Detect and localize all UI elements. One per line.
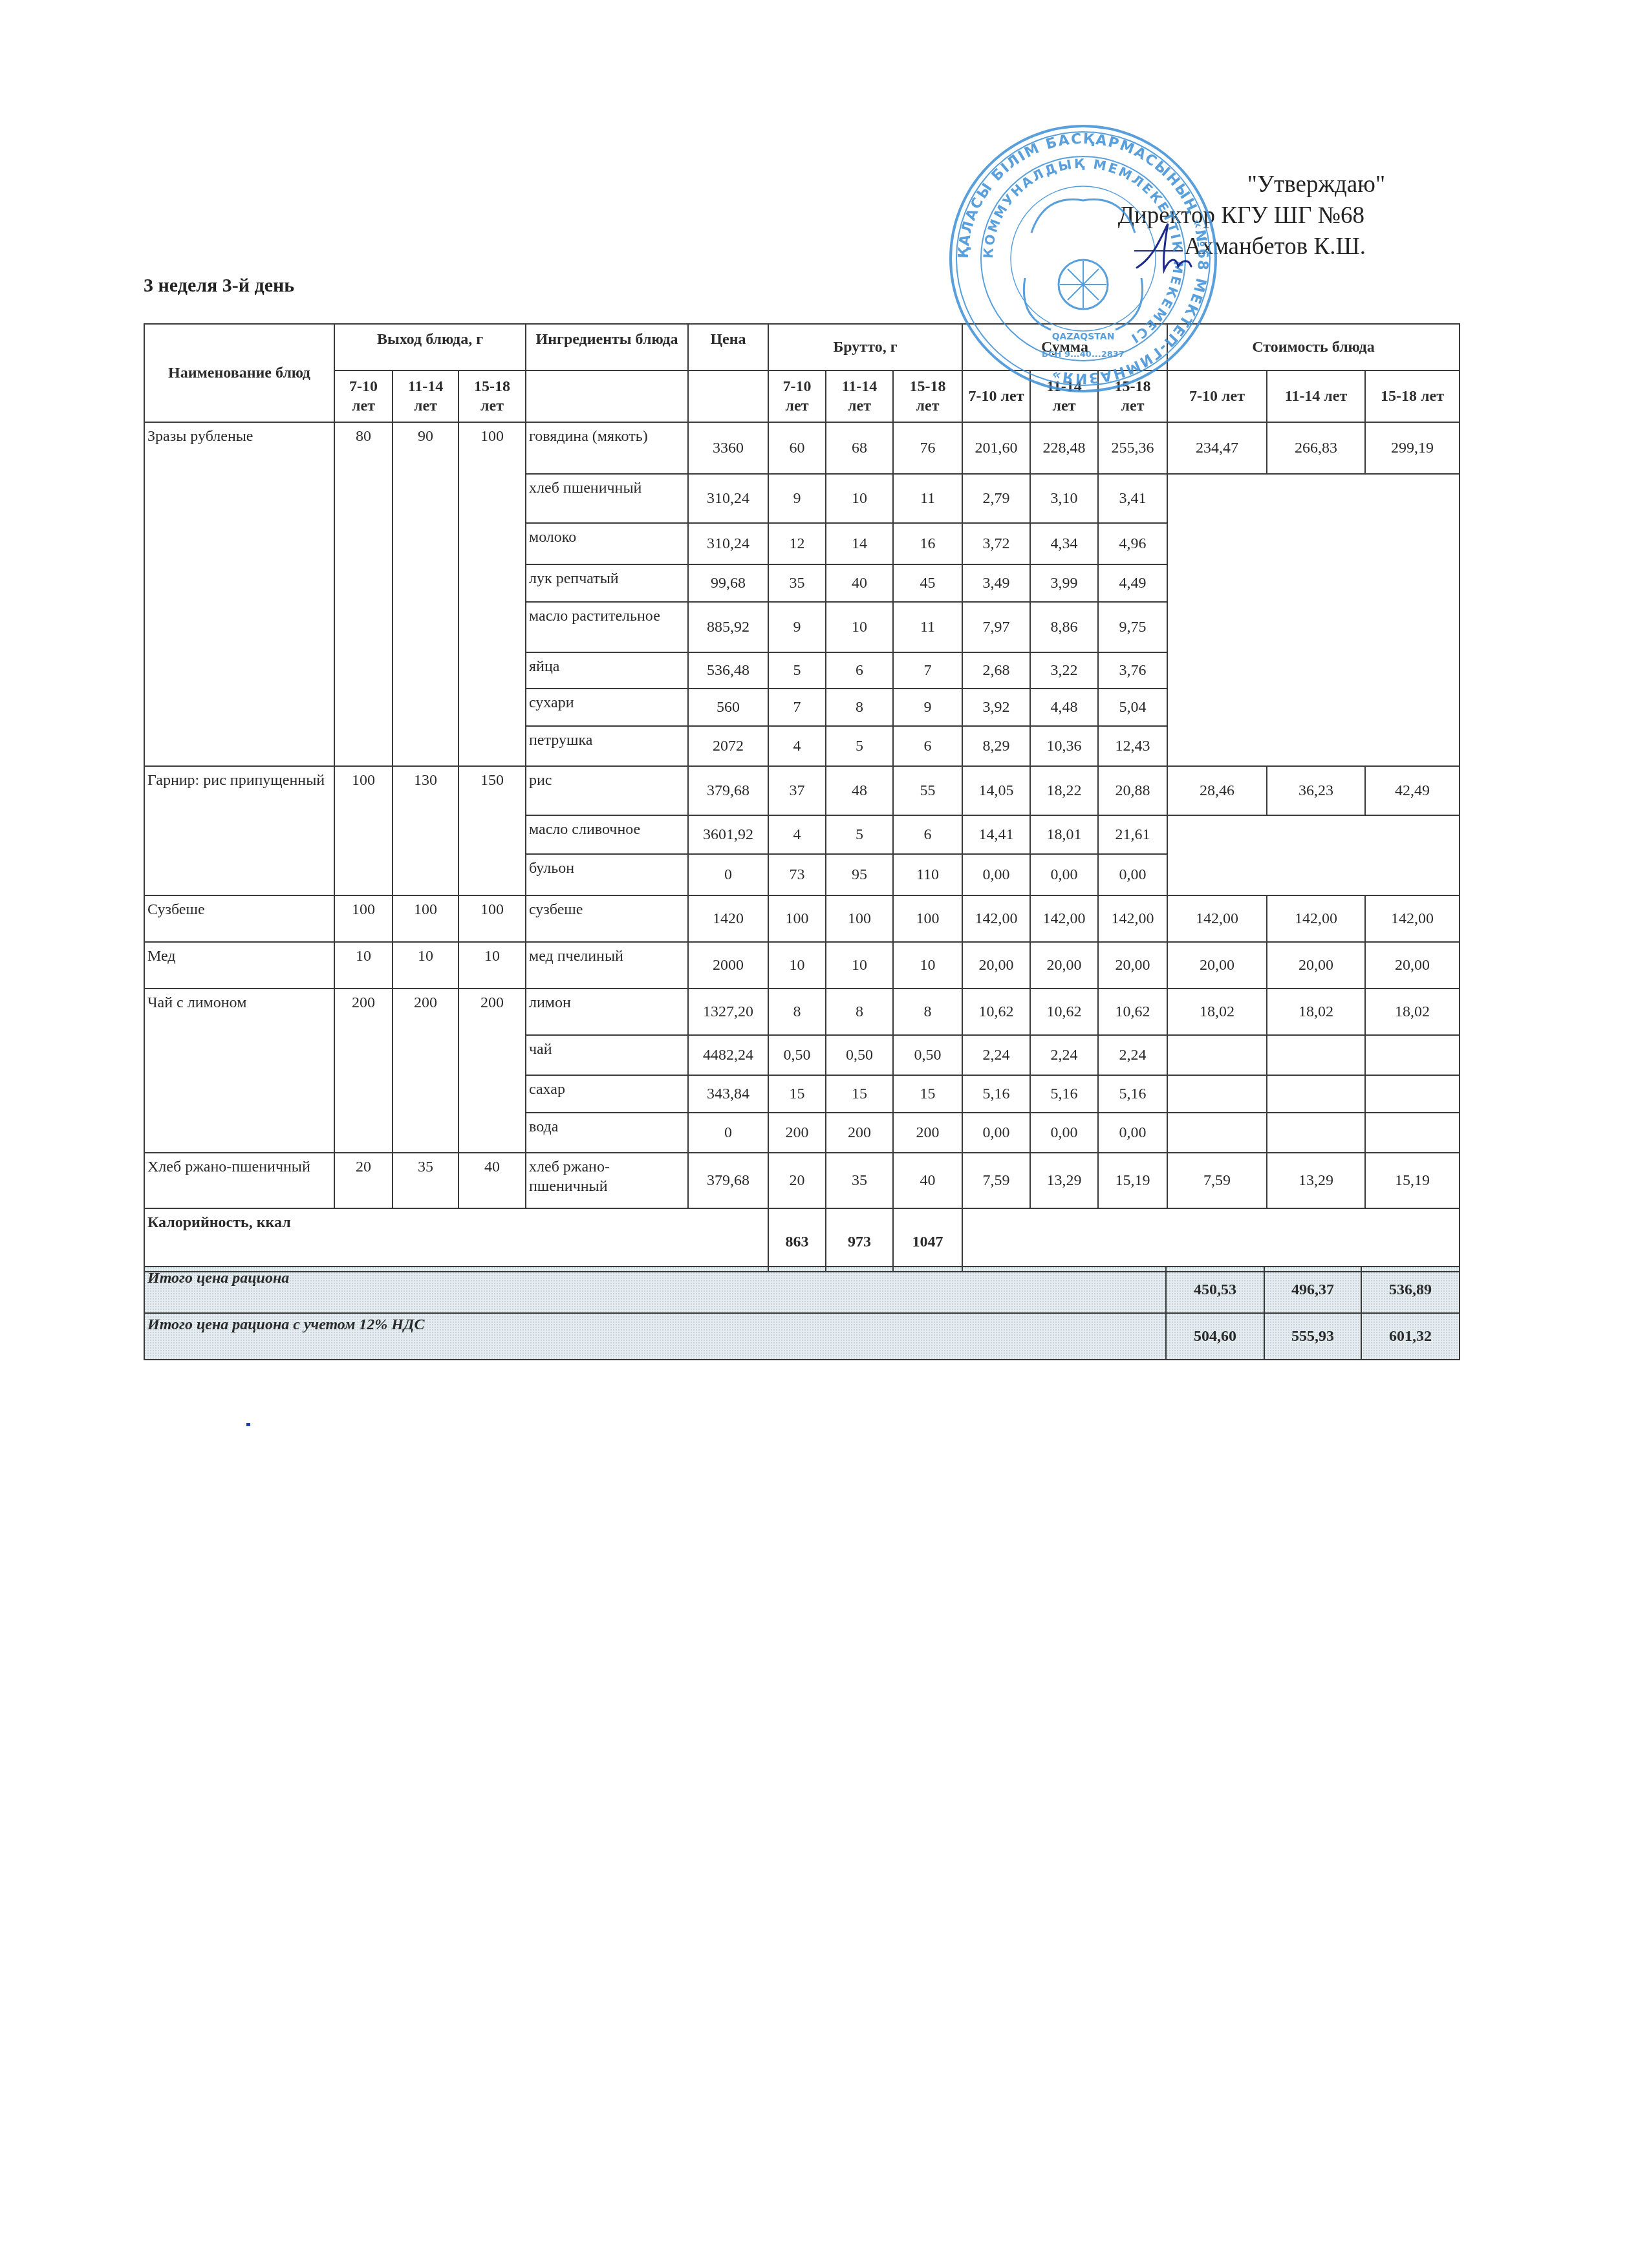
ingredient-brutto: 35 (768, 564, 826, 602)
ingredient-brutto: 16 (893, 523, 962, 564)
dish-cost: 299,19 (1365, 422, 1460, 474)
ingredient-brutto: 10 (826, 602, 893, 652)
totals-value: 601,32 (1361, 1313, 1460, 1360)
ingredient-sum: 5,16 (1098, 1075, 1167, 1113)
header-ingredients-blank (526, 370, 688, 422)
ingredient-brutto: 10 (826, 942, 893, 989)
ingredient-brutto: 8 (826, 689, 893, 726)
ingredient-brutto: 7 (893, 652, 962, 689)
dish-cost-blank (1167, 1113, 1267, 1153)
header-brutto-age: 15-18 лет (893, 370, 962, 422)
ingredient-brutto: 8 (768, 989, 826, 1035)
dish-name: Чай с лимоном (144, 989, 334, 1153)
ingredient-price: 3360 (688, 422, 768, 474)
dish-cost: 142,00 (1167, 895, 1267, 942)
dish-cost: 142,00 (1365, 895, 1460, 942)
header-price-blank (688, 370, 768, 422)
ingredient-sum: 2,79 (962, 474, 1030, 523)
ingredient-brutto: 40 (826, 564, 893, 602)
dish-cost: 20,00 (1167, 942, 1267, 989)
dish-yield: 10 (393, 942, 458, 989)
totals-row: Итого цена рациона с учетом 12% НДС504,6… (144, 1313, 1460, 1360)
dish-yield: 80 (334, 422, 393, 766)
ingredient-brutto: 15 (893, 1075, 962, 1113)
ingredient-price: 310,24 (688, 474, 768, 523)
calories-row: Калорийность, ккал8639731047 (144, 1208, 1460, 1272)
dish-yield: 200 (334, 989, 393, 1153)
header-brutto-age: 11-14 лет (826, 370, 893, 422)
ingredient-brutto: 6 (826, 652, 893, 689)
ingredient-sum: 2,68 (962, 652, 1030, 689)
ingredient-price: 3601,92 (688, 815, 768, 854)
totals-value: 536,89 (1361, 1267, 1460, 1313)
dish-yield: 100 (393, 895, 458, 942)
ingredient-price: 379,68 (688, 766, 768, 815)
ingredient-price: 885,92 (688, 602, 768, 652)
ingredient-sum: 0,00 (962, 854, 1030, 895)
dish-cost: 15,19 (1365, 1153, 1460, 1208)
ingredient-price: 310,24 (688, 523, 768, 564)
header-yield: Выход блюда, г (334, 324, 526, 370)
calories-blank (962, 1208, 1460, 1272)
ingredient-brutto: 10 (768, 942, 826, 989)
ingredient-sum: 3,49 (962, 564, 1030, 602)
header-yield-age: 11-14 лет (393, 370, 458, 422)
dish-cost-blank (1267, 1113, 1365, 1153)
header-brutto: Брутто, г (768, 324, 962, 370)
dish-cost: 18,02 (1167, 989, 1267, 1035)
header-price: Цена (688, 324, 768, 370)
ingredient-brutto: 10 (893, 942, 962, 989)
ingredient-price: 2072 (688, 726, 768, 766)
ingredient-sum: 3,72 (962, 523, 1030, 564)
ingredient-brutto: 7 (768, 689, 826, 726)
ingredient-sum: 4,48 (1030, 689, 1098, 726)
ingredient-brutto: 76 (893, 422, 962, 474)
ingredient-sum: 20,00 (962, 942, 1030, 989)
ingredient-brutto: 4 (768, 815, 826, 854)
ingredient-sum: 20,00 (1098, 942, 1167, 989)
ingredient-sum: 0,00 (1030, 1113, 1098, 1153)
dish-yield: 20 (334, 1153, 393, 1208)
ingredient-brutto: 200 (826, 1113, 893, 1153)
ingredient-name: лимон (526, 989, 688, 1035)
ingredient-name: хлеб ржано-пшеничный (526, 1153, 688, 1208)
ingredient-sum: 142,00 (1030, 895, 1098, 942)
ingredient-brutto: 11 (893, 602, 962, 652)
ingredient-sum: 0,00 (1030, 854, 1098, 895)
dish-cost-blank (1167, 1075, 1267, 1113)
ingredient-sum: 10,36 (1030, 726, 1098, 766)
dish-cost-blank (1267, 1075, 1365, 1113)
dish-yield: 200 (458, 989, 526, 1153)
header-cost-age: 7-10 лет (1167, 370, 1267, 422)
ingredient-brutto: 0,50 (768, 1035, 826, 1075)
dish-yield: 100 (334, 766, 393, 895)
ingredient-brutto: 100 (826, 895, 893, 942)
approval-signatory: Ахманбетов К.Ш. (1099, 231, 1403, 262)
ingredient-sum: 7,59 (962, 1153, 1030, 1208)
ingredient-sum: 9,75 (1098, 602, 1167, 652)
dish-yield: 200 (393, 989, 458, 1153)
ingredient-brutto: 5 (768, 652, 826, 689)
dish-yield: 100 (458, 422, 526, 766)
calories-value: 973 (826, 1208, 893, 1272)
ingredient-brutto: 4 (768, 726, 826, 766)
totals-row: Итого цена рациона450,53496,37536,89 (144, 1267, 1460, 1313)
dish-yield: 100 (334, 895, 393, 942)
ingredient-brutto: 8 (826, 989, 893, 1035)
ingredient-sum: 13,29 (1030, 1153, 1098, 1208)
ingredient-brutto: 48 (826, 766, 893, 815)
ingredient-sum: 2,24 (1030, 1035, 1098, 1075)
calories-label: Калорийность, ккал (144, 1208, 768, 1272)
ingredient-sum: 8,86 (1030, 602, 1098, 652)
dish-cost: 13,29 (1267, 1153, 1365, 1208)
dish-cost-blank (1365, 1113, 1460, 1153)
ingredient-price: 99,68 (688, 564, 768, 602)
ingredient-sum: 18,22 (1030, 766, 1098, 815)
ingredient-name: рис (526, 766, 688, 815)
ingredient-sum: 14,05 (962, 766, 1030, 815)
dish-cost: 234,47 (1167, 422, 1267, 474)
header-sum-age: 15-18 лет (1098, 370, 1167, 422)
ingredient-brutto: 6 (893, 815, 962, 854)
signatory-name: Ахманбетов К.Ш. (1184, 233, 1366, 260)
ingredient-brutto: 9 (768, 602, 826, 652)
ingredient-name: хлеб пшеничный (526, 474, 688, 523)
ingredient-sum: 10,62 (962, 989, 1030, 1035)
signature-line (1134, 250, 1183, 251)
dish-cost-blank (1267, 1035, 1365, 1075)
ingredient-sum: 5,16 (1030, 1075, 1098, 1113)
ingredient-brutto: 0,50 (893, 1035, 962, 1075)
ingredient-sum: 0,00 (962, 1113, 1030, 1153)
dish-cost: 142,00 (1267, 895, 1365, 942)
ingredient-sum: 7,97 (962, 602, 1030, 652)
ingredient-sum: 142,00 (1098, 895, 1167, 942)
ingredient-brutto: 5 (826, 726, 893, 766)
approval-heading: "Утверждаю" (1099, 169, 1403, 200)
header-dish-cost: Стоимость блюда (1167, 324, 1460, 370)
ingredient-sum: 5,04 (1098, 689, 1167, 726)
ingredient-name: говядина (мякоть) (526, 422, 688, 474)
ingredient-sum: 4,96 (1098, 523, 1167, 564)
dish-name: Сузбеше (144, 895, 334, 942)
totals-value: 504,60 (1166, 1313, 1264, 1360)
dish-yield: 90 (393, 422, 458, 766)
ink-speck (246, 1423, 250, 1426)
totals-value: 450,53 (1166, 1267, 1264, 1313)
ingredient-price: 0 (688, 854, 768, 895)
dish-yield: 40 (458, 1153, 526, 1208)
calories-value: 1047 (893, 1208, 962, 1272)
ingredient-sum: 12,43 (1098, 726, 1167, 766)
ingredient-name: молоко (526, 523, 688, 564)
dish-cost: 28,46 (1167, 766, 1267, 815)
ingredient-sum: 4,34 (1030, 523, 1098, 564)
ingredient-name: сухари (526, 689, 688, 726)
ingredient-sum: 255,36 (1098, 422, 1167, 474)
header-cost-age: 11-14 лет (1267, 370, 1365, 422)
dish-cost: 20,00 (1365, 942, 1460, 989)
header-brutto-age: 7-10 лет (768, 370, 826, 422)
ingredient-brutto: 8 (893, 989, 962, 1035)
ingredient-row: Сузбеше100100100сузбеше1420100100100142,… (144, 895, 1460, 942)
ingredient-brutto: 95 (826, 854, 893, 895)
totals-label: Итого цена рациона (144, 1267, 1166, 1313)
ingredient-sum: 20,00 (1030, 942, 1098, 989)
totals-value: 496,37 (1264, 1267, 1361, 1313)
header-dish-name: Наименование блюд (144, 324, 334, 422)
dish-cost-blank (1167, 1035, 1267, 1075)
ingredient-name: масло растительное (526, 602, 688, 652)
ingredient-brutto: 200 (768, 1113, 826, 1153)
dish-yield: 130 (393, 766, 458, 895)
totals-label: Итого цена рациона с учетом 12% НДС (144, 1313, 1166, 1360)
ingredient-sum: 228,48 (1030, 422, 1098, 474)
ingredient-price: 2000 (688, 942, 768, 989)
dish-name: Хлеб ржано-пшеничный (144, 1153, 334, 1208)
dish-name: Зразы рубленые (144, 422, 334, 766)
ingredient-sum: 15,19 (1098, 1153, 1167, 1208)
ingredient-price: 4482,24 (688, 1035, 768, 1075)
ingredient-brutto: 6 (893, 726, 962, 766)
ingredient-price: 1327,20 (688, 989, 768, 1035)
dish-cost-blank (1167, 474, 1460, 766)
totals-value: 555,93 (1264, 1313, 1361, 1360)
menu-body: Зразы рубленые8090100говядина (мякоть)33… (144, 422, 1460, 1272)
ingredient-sum: 3,76 (1098, 652, 1167, 689)
ingredient-sum: 4,49 (1098, 564, 1167, 602)
ingredient-name: бульон (526, 854, 688, 895)
ingredient-brutto: 10 (826, 474, 893, 523)
ingredient-row: Чай с лимоном200200200лимон1327,2088810,… (144, 989, 1460, 1035)
ingredient-sum: 142,00 (962, 895, 1030, 942)
ingredient-sum: 3,41 (1098, 474, 1167, 523)
ingredient-name: сахар (526, 1075, 688, 1113)
ingredient-price: 343,84 (688, 1075, 768, 1113)
ingredient-brutto: 9 (768, 474, 826, 523)
dish-cost: 18,02 (1267, 989, 1365, 1035)
dish-cost-blank (1167, 815, 1460, 895)
dish-cost-blank (1365, 1075, 1460, 1113)
approval-block: "Утверждаю" Директор КГУ ШГ №68 Ахманбет… (1099, 169, 1403, 262)
ingredient-sum: 0,00 (1098, 854, 1167, 895)
ingredient-sum: 201,60 (962, 422, 1030, 474)
ingredient-brutto: 20 (768, 1153, 826, 1208)
dish-yield: 35 (393, 1153, 458, 1208)
ingredient-price: 536,48 (688, 652, 768, 689)
ingredient-brutto: 15 (826, 1075, 893, 1113)
dish-cost: 36,23 (1267, 766, 1365, 815)
ingredient-sum: 3,22 (1030, 652, 1098, 689)
dish-yield: 10 (334, 942, 393, 989)
dish-cost-blank (1365, 1035, 1460, 1075)
dish-name: Гарнир: рис припущенный (144, 766, 334, 895)
ingredient-brutto: 11 (893, 474, 962, 523)
dish-cost: 266,83 (1267, 422, 1365, 474)
ingredient-brutto: 15 (768, 1075, 826, 1113)
ingredient-sum: 10,62 (1030, 989, 1098, 1035)
ingredient-brutto: 5 (826, 815, 893, 854)
ingredient-name: чай (526, 1035, 688, 1075)
dish-yield: 10 (458, 942, 526, 989)
header-ingredients: Ингредиенты блюда (526, 324, 688, 370)
ingredient-sum: 20,88 (1098, 766, 1167, 815)
ingredient-sum: 21,61 (1098, 815, 1167, 854)
totals-table: Итого цена рациона450,53496,37536,89Итог… (144, 1266, 1460, 1360)
ingredient-brutto: 200 (893, 1113, 962, 1153)
dish-yield: 100 (458, 895, 526, 942)
ingredient-name: петрушка (526, 726, 688, 766)
menu-table: Наименование блюд Выход блюда, г Ингреди… (144, 323, 1460, 1272)
approval-position: Директор КГУ ШГ №68 (1099, 200, 1403, 231)
ingredient-sum: 2,24 (1098, 1035, 1167, 1075)
dish-cost: 20,00 (1267, 942, 1365, 989)
header-sum-age: 11-14 лет (1030, 370, 1098, 422)
dish-cost: 7,59 (1167, 1153, 1267, 1208)
dish-name: Мед (144, 942, 334, 989)
ingredient-brutto: 73 (768, 854, 826, 895)
ingredient-name: мед пчелиный (526, 942, 688, 989)
ingredient-brutto: 35 (826, 1153, 893, 1208)
ingredient-sum: 3,10 (1030, 474, 1098, 523)
ingredient-sum: 14,41 (962, 815, 1030, 854)
ingredient-brutto: 60 (768, 422, 826, 474)
ingredient-sum: 8,29 (962, 726, 1030, 766)
ingredient-sum: 0,00 (1098, 1113, 1167, 1153)
ingredient-brutto: 100 (893, 895, 962, 942)
ingredient-name: сузбеше (526, 895, 688, 942)
dish-cost: 18,02 (1365, 989, 1460, 1035)
ingredient-name: лук репчатый (526, 564, 688, 602)
ingredient-sum: 18,01 (1030, 815, 1098, 854)
ingredient-name: яйца (526, 652, 688, 689)
ingredient-brutto: 68 (826, 422, 893, 474)
dish-cost: 42,49 (1365, 766, 1460, 815)
ingredient-price: 1420 (688, 895, 768, 942)
ingredient-row: Зразы рубленые8090100говядина (мякоть)33… (144, 422, 1460, 474)
ingredient-brutto: 0,50 (826, 1035, 893, 1075)
ingredient-brutto: 12 (768, 523, 826, 564)
ingredient-brutto: 37 (768, 766, 826, 815)
header-sum: Сумма (962, 324, 1167, 370)
calories-value: 863 (768, 1208, 826, 1272)
ingredient-price: 379,68 (688, 1153, 768, 1208)
ingredient-sum: 2,24 (962, 1035, 1030, 1075)
ingredient-row: Хлеб ржано-пшеничный203540хлеб ржано-пше… (144, 1153, 1460, 1208)
ingredient-brutto: 100 (768, 895, 826, 942)
ingredient-sum: 3,99 (1030, 564, 1098, 602)
ingredient-brutto: 55 (893, 766, 962, 815)
header-yield-age: 7-10 лет (334, 370, 393, 422)
page-title: 3 неделя 3-й день (144, 275, 294, 297)
dish-yield: 150 (458, 766, 526, 895)
header-yield-age: 15-18 лет (458, 370, 526, 422)
header-cost-age: 15-18 лет (1365, 370, 1460, 422)
ingredient-sum: 10,62 (1098, 989, 1167, 1035)
ingredient-brutto: 14 (826, 523, 893, 564)
ingredient-price: 0 (688, 1113, 768, 1153)
ingredient-brutto: 110 (893, 854, 962, 895)
ingredient-name: вода (526, 1113, 688, 1153)
ingredient-brutto: 45 (893, 564, 962, 602)
ingredient-row: Гарнир: рис припущенный100130150рис379,6… (144, 766, 1460, 815)
ingredient-brutto: 40 (893, 1153, 962, 1208)
ingredient-row: Мед101010мед пчелиный200010101020,0020,0… (144, 942, 1460, 989)
ingredient-brutto: 9 (893, 689, 962, 726)
ingredient-sum: 5,16 (962, 1075, 1030, 1113)
ingredient-name: масло сливочное (526, 815, 688, 854)
header-sum-age: 7-10 лет (962, 370, 1030, 422)
ingredient-sum: 3,92 (962, 689, 1030, 726)
ingredient-price: 560 (688, 689, 768, 726)
